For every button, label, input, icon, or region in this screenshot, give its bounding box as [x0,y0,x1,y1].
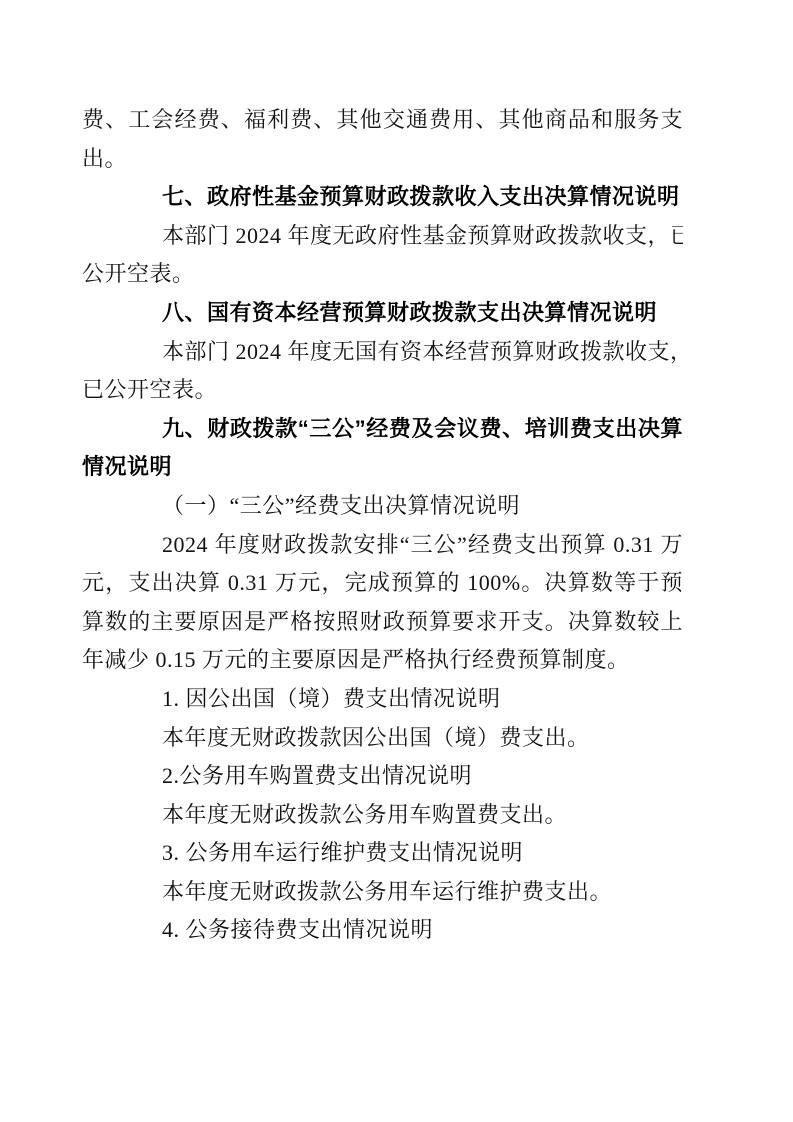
text-line-15: 年减少 0.15 万元的主要原因是严格执行经费预算制度。 [82,641,683,680]
text-line-18: 2.公务用车购置费支出情况说明 [82,757,683,796]
text-line-9: 九、财政拨款“三公”经费及会议费、培训费支出决算 [82,410,683,449]
text-line-17: 本年度无财政拨款因公出国（境）费支出。 [82,719,683,758]
text-line-14: 算数的主要原因是严格按照财政预算要求开支。决算数较上 [82,603,683,642]
text-line-5: 公开空表。 [82,255,683,294]
text-line-22: 4. 公务接待费支出情况说明 [82,911,683,950]
text-line-12: 2024 年度财政拨款安排“三公”经费支出预算 0.31 万 [82,526,683,565]
text-line-10: 情况说明 [82,448,683,487]
text-line-13: 元，支出决算 0.31 万元，完成预算的 100%。决算数等于预 [82,564,683,603]
text-line-7: 本部门 2024 年度无国有资本经营预算财政拨款收支， [82,333,683,372]
text-line-20: 3. 公务用车运行维护费支出情况说明 [82,834,683,873]
text-line-1: 费、工会经费、福利费、其他交通费用、其他商品和服务支 [82,101,683,140]
text-line-21: 本年度无财政拨款公务用车运行维护费支出。 [82,873,683,912]
text-line-19: 本年度无财政拨款公务用车购置费支出。 [82,796,683,835]
text-line-8: 已公开空表。 [82,371,683,410]
text-line-4: 本部门 2024 年度无政府性基金预算财政拨款收支，已 [82,217,683,256]
text-line-16: 1. 因公出国（境）费支出情况说明 [82,680,683,719]
text-line-6: 八、国有资本经营预算财政拨款支出决算情况说明 [82,294,683,333]
text-line-3: 七、政府性基金预算财政拨款收入支出决算情况说明 [82,178,683,217]
document-page: 费、工会经费、福利费、其他交通费用、其他商品和服务支出。七、政府性基金预算财政拨… [0,0,793,1122]
text-line-2: 出。 [82,140,683,179]
text-line-11: （一）“三公”经费支出决算情况说明 [82,487,683,526]
document-content: 费、工会经费、福利费、其他交通费用、其他商品和服务支出。七、政府性基金预算财政拨… [82,101,683,950]
